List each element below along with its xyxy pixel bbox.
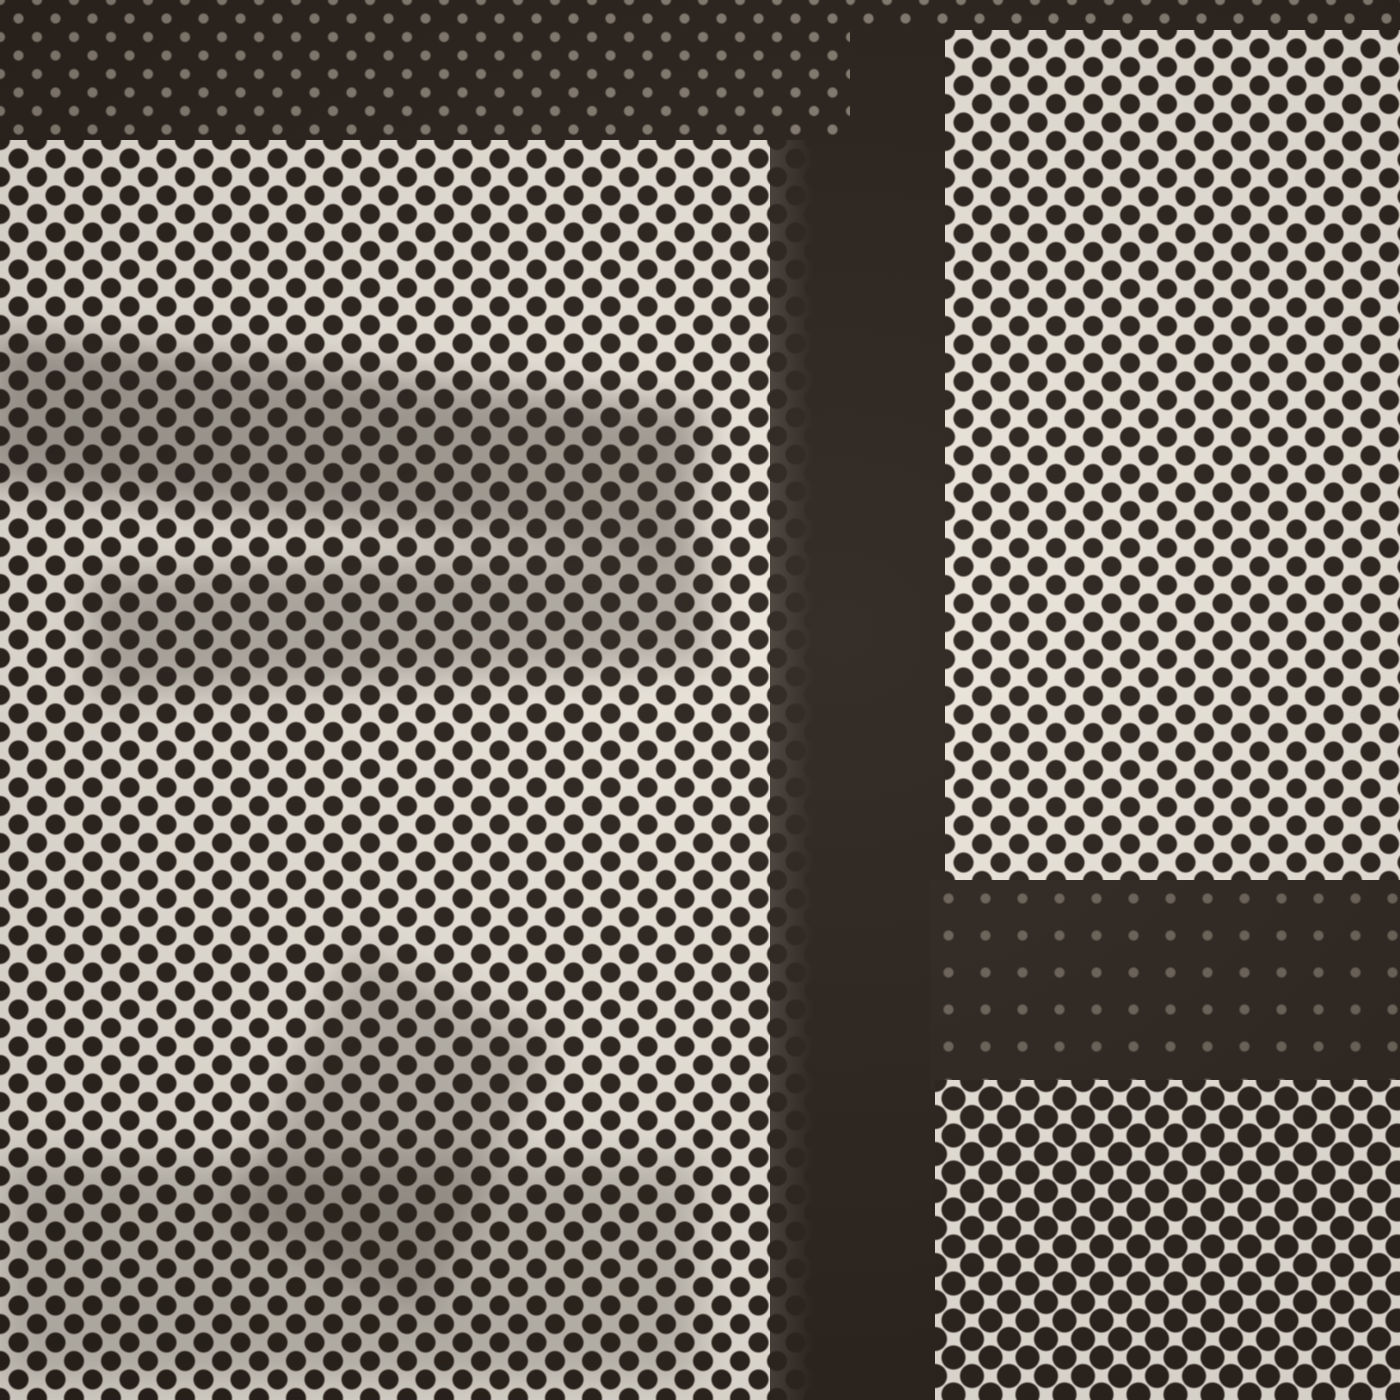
bottom-right-halftone-panel [935, 1080, 1400, 1400]
halftone-photo [0, 0, 1400, 1400]
lower-right-dark-band [930, 880, 1400, 1090]
right-light-panel [945, 30, 1400, 890]
vertical-dark-divider [770, 140, 945, 1400]
top-right-dark-strip [850, 0, 1400, 30]
left-light-panel [0, 140, 850, 1400]
